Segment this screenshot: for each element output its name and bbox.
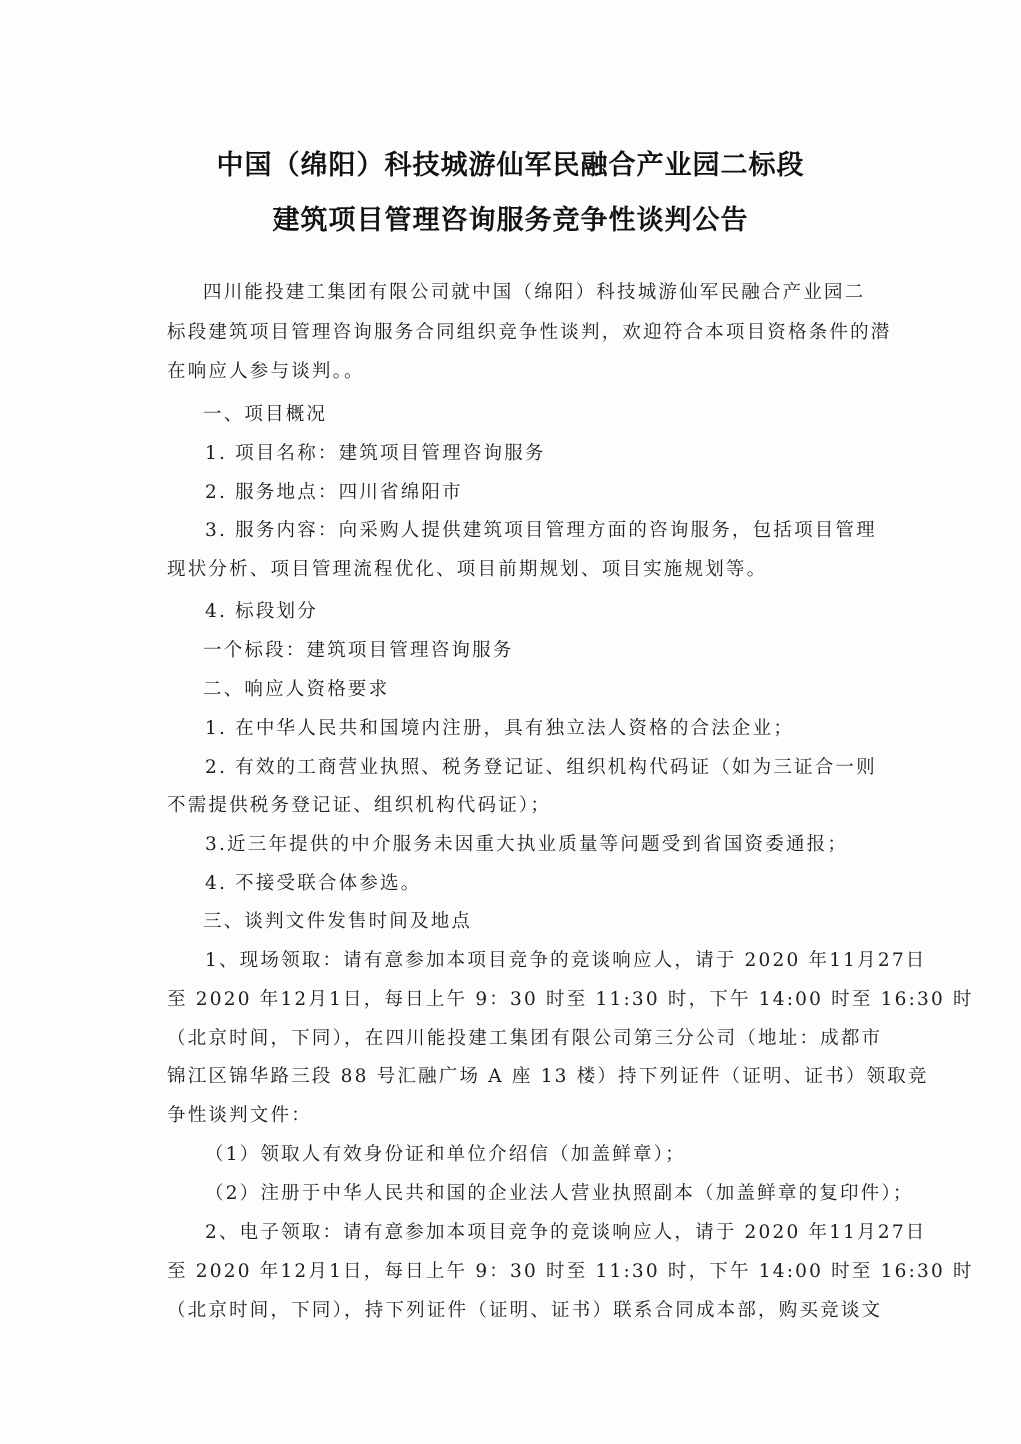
paragraph-line: （北京时间，下同），持下列证件（证明、证书）联系合同成本部，购买竞谈文 [167, 1296, 867, 1322]
intro-line: 在响应人参与谈判。。 [167, 357, 867, 383]
paragraph-line: 锦江区锦华路三段 88 号汇融广场 A 座 13 楼）持下列证件（证明、证书）领… [167, 1062, 867, 1088]
document-title-line1: 中国（绵阳）科技城游仙军民融合产业园二标段 [0, 143, 1021, 182]
paragraph-line: 至 2020 年12月1日，每日上午 9：30 时至 11:30 时，下午 14… [167, 985, 867, 1011]
intro-line: 标段建筑项目管理咨询服务合同组织竞争性谈判，欢迎符合本项目资格条件的潜 [167, 318, 867, 344]
list-item: 3.近三年提供的中介服务未因重大执业质量等问题受到省国资委通报； [205, 830, 905, 856]
paragraph-line: 2、电子领取：请有意参加本项目竞争的竞谈响应人，请于 2020 年11月27日 [205, 1218, 905, 1244]
paragraph-line: （1）领取人有效身份证和单位介绍信（加盖鲜章）； [205, 1140, 905, 1166]
list-item: 一个标段：建筑项目管理咨询服务 [203, 636, 903, 662]
paragraph-line: 1、现场领取：请有意参加本项目竞争的竞谈响应人，请于 2020 年11月27日 [205, 946, 905, 972]
document-page: 中国（绵阳）科技城游仙军民融合产业园二标段 建筑项目管理咨询服务竞争性谈判公告 … [0, 0, 1021, 1444]
list-item: 4. 标段划分 [205, 597, 905, 623]
list-item: 现状分析、项目管理流程优化、项目前期规划、项目实施规划等。 [167, 555, 867, 581]
list-item: 1. 在中华人民共和国境内注册，具有独立法人资格的合法企业； [205, 714, 905, 740]
section-heading: 二、响应人资格要求 [203, 675, 903, 701]
list-item: 4. 不接受联合体参选。 [205, 869, 905, 895]
paragraph-line: 至 2020 年12月1日，每日上午 9：30 时至 11:30 时，下午 14… [167, 1257, 867, 1283]
paragraph-line: （2）注册于中华人民共和国的企业法人营业执照副本（加盖鲜章的复印件）； [205, 1179, 905, 1205]
list-item: 2. 服务地点：四川省绵阳市 [205, 478, 905, 504]
document-title-line2: 建筑项目管理咨询服务竞争性谈判公告 [0, 198, 1021, 237]
section-heading: 三、谈判文件发售时间及地点 [203, 907, 903, 933]
paragraph-line: （北京时间，下同），在四川能投建工集团有限公司第三分公司（地址：成都市 [167, 1024, 867, 1050]
paragraph-line: 争性谈判文件： [167, 1101, 867, 1127]
list-item: 2. 有效的工商营业执照、税务登记证、组织机构代码证（如为三证合一则 [205, 753, 905, 779]
intro-line: 四川能投建工集团有限公司就中国（绵阳）科技城游仙军民融合产业园二 [203, 278, 903, 304]
list-item: 1. 项目名称：建筑项目管理咨询服务 [205, 439, 905, 465]
section-heading: 一、项目概况 [203, 400, 903, 426]
list-item: 不需提供税务登记证、组织机构代码证）； [167, 791, 867, 817]
list-item: 3. 服务内容：向采购人提供建筑项目管理方面的咨询服务，包括项目管理 [205, 516, 905, 542]
